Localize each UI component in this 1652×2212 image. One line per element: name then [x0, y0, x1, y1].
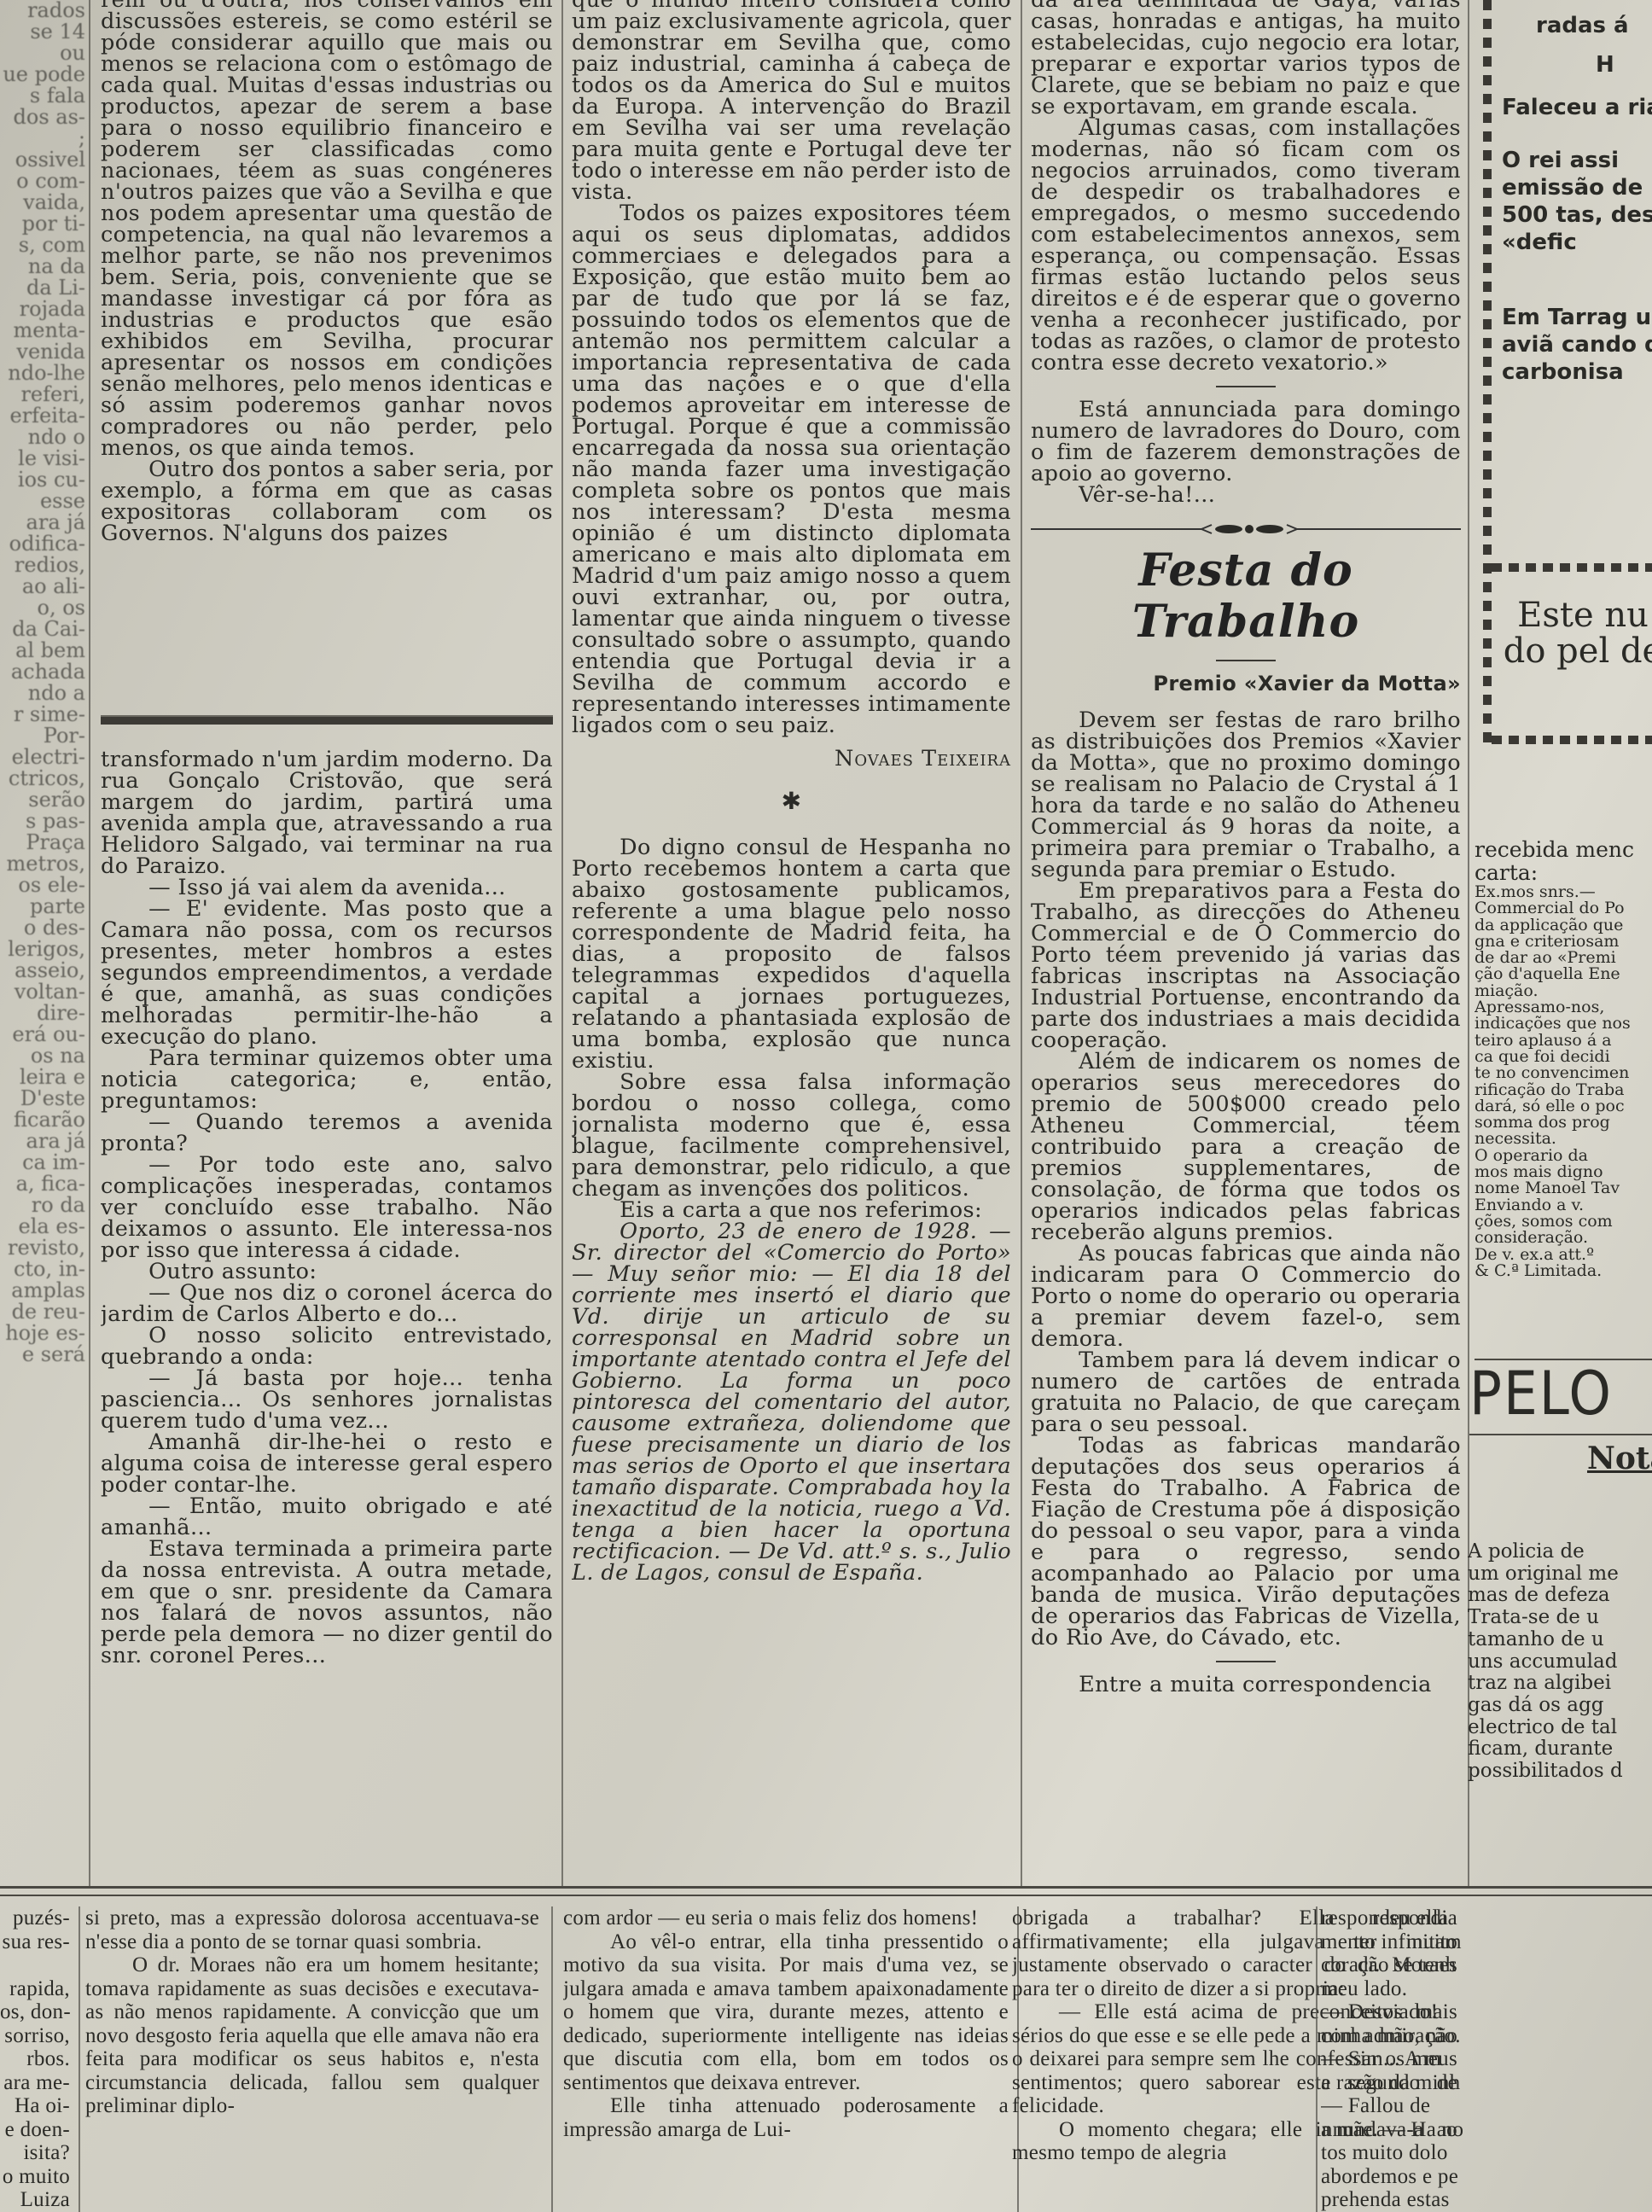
edge-fragment: o, os [0, 597, 85, 619]
page-divider [0, 1895, 1652, 1896]
nota-line: electrico de tal [1468, 1717, 1652, 1739]
paragraph: Amanhã dir-lhe-hei o resto e alguma cois… [101, 1432, 553, 1496]
serial-line: prehenda estas [1321, 2188, 1652, 2212]
serial-edge-fragment: e doen- [0, 2118, 70, 2142]
paragraph: Para terminar quizemos obter uma noticia… [101, 1048, 553, 1112]
edge-fragment: cto, in- [0, 1259, 85, 1280]
nota-line: gas dá os agg [1468, 1695, 1652, 1717]
edge-fragment: ios cu- [0, 469, 85, 491]
paragraph: O dr. Moraes não era um homem hesitante;… [85, 1953, 539, 2118]
letter-line: & C.ª Limitada. [1475, 1263, 1652, 1279]
nota-line: tamanho de u [1468, 1629, 1652, 1651]
paragraph: Todos os paizes expositores téem aqui os… [572, 203, 1011, 736]
serial-line: com admiração. [1321, 2024, 1652, 2048]
edge-fragment: o des- [0, 917, 85, 939]
edge-fragment: vaida, [0, 192, 85, 213]
section-divider [1469, 1434, 1652, 1435]
column-rule [1316, 1906, 1318, 2212]
nota-line: traz na algibei [1468, 1673, 1652, 1695]
edge-fragment: redios, [0, 555, 85, 576]
paragraph: Do digno consul de Hespanha no Porto rec… [572, 837, 1011, 1072]
news-heading-h: H [1502, 51, 1652, 79]
edge-fragment: D'este [0, 1088, 85, 1109]
edge-fragment: ; [0, 128, 85, 149]
banner-este-numero: Este nu do pel de [1502, 597, 1652, 725]
paragraph: — Que nos diz o coronel ácerca do jardim… [101, 1283, 553, 1325]
paragraph: Todas as fabricas mandarão deputações do… [1031, 1435, 1461, 1649]
edge-fragment: referi, [0, 384, 85, 405]
paragraph: transformado n'um jardim moderno. Da rua… [101, 749, 553, 877]
paragraph: — Já basta por hoje... tenha pasciencia.… [101, 1368, 553, 1432]
serial-edge-fragment: sua res- [0, 1930, 70, 1954]
edge-fragment: ossivel [0, 149, 85, 171]
paragraph: Elle tinha attenuado poderosamente a imp… [563, 2094, 1009, 2141]
paragraph: Vêr-se-ha!... [1031, 485, 1461, 506]
paragraph: As poucas fabricas que ainda não indicar… [1031, 1243, 1461, 1350]
paragraph: O nosso solicito entrevistado, quebrando… [101, 1325, 553, 1368]
edge-fragment: da Li- [0, 277, 85, 299]
edge-fragment: ca im- [0, 1152, 85, 1173]
column-2-article: que o mundo inteiro considera como um pa… [572, 0, 1011, 1867]
paragraph: Além de indicarem os nomes de operarios … [1031, 1051, 1461, 1243]
edge-fragment: o com- [0, 171, 85, 192]
edge-fragment: leira e [0, 1067, 85, 1088]
edge-fragment: ara já [0, 512, 85, 533]
edge-fragment: Praça [0, 832, 85, 853]
edge-fragment: ficarão [0, 1109, 85, 1131]
edge-fragment: rados [0, 0, 85, 21]
serial-edge-fragment: puzés- [0, 1906, 70, 1930]
news-item-rei: O rei assi emissão de 500 tas, des o «de… [1502, 147, 1652, 256]
edge-fragment: odifica- [0, 533, 85, 555]
paragraph: si preto, mas a expressão dolorosa accen… [85, 1906, 539, 1953]
short-divider [1216, 386, 1276, 387]
edge-fragment: e será [0, 1344, 85, 1365]
letter-line: necessita. [1475, 1131, 1652, 1147]
edge-fragment: venida [0, 341, 85, 363]
edge-fragment: ctricos, [0, 768, 85, 789]
paragraph: Algumas casas, com installações modernas… [1031, 118, 1461, 374]
edge-fragment: por ti- [0, 213, 85, 235]
edge-fragment: menta- [0, 320, 85, 341]
serial-column-1: si preto, mas a expressão dolorosa accen… [85, 1906, 539, 2212]
left-edge-column: radosse 14 ouue podes falados as-;ossive… [0, 0, 85, 1886]
serial-edge-fragment: rbos. [0, 2047, 70, 2071]
edge-fragment: a, fica- [0, 1173, 85, 1195]
column-1-interview-article: transformado n'um jardim moderno. Da rua… [101, 749, 553, 1884]
nota-line: um original me [1468, 1563, 1652, 1586]
nota-line: ficam, durante [1468, 1738, 1652, 1761]
edge-fragment: hoje es- [0, 1323, 85, 1344]
letter-line: indicações que nos [1475, 1016, 1652, 1032]
edge-fragment: parte [0, 896, 85, 917]
nota-line: mas de defeza [1468, 1585, 1652, 1607]
serial-edge-fragment: Luiza [0, 2188, 70, 2212]
serial-left-edge: puzés-sua res- rapida,os, don-sorriso,rb… [0, 1906, 70, 2212]
author-signature: Novaes Teixeira [572, 748, 1011, 770]
edge-fragment: serão [0, 789, 85, 811]
edge-fragment: erfeita- [0, 405, 85, 427]
column-rule [1021, 0, 1022, 1886]
edge-fragment: metros, [0, 853, 85, 875]
edge-fragment: achada [0, 661, 85, 683]
nota-heading: Nota [1587, 1441, 1652, 1483]
short-divider [1216, 1661, 1276, 1662]
edge-fragment: dire- [0, 1003, 85, 1024]
paragraph: Devem ser festas de raro brilho as distr… [1031, 710, 1461, 881]
edge-fragment: revisto, [0, 1237, 85, 1259]
festa-do-trabalho-headline: Festa do Trabalho [1031, 545, 1461, 648]
edge-fragment: al bem [0, 640, 85, 661]
nota-line: A policia de [1468, 1541, 1652, 1563]
edge-fragment: na da [0, 256, 85, 277]
serial-line: coração se tenh [1321, 1953, 1652, 1977]
section-divider [1475, 1359, 1652, 1360]
edge-fragment: voltan- [0, 981, 85, 1003]
paragraph: Outro dos pontos a saber seria, por exem… [101, 459, 553, 544]
serial-edge-fragment: ara me- [0, 2071, 70, 2095]
column-rule [79, 1906, 80, 2212]
paragraph: — Então, muito obrigado e até amanhã... [101, 1496, 553, 1539]
paragraph: Estava terminada a primeira parte da nos… [101, 1539, 553, 1667]
edge-fragment: da Cai- [0, 619, 85, 640]
edge-fragment: ao ali- [0, 576, 85, 597]
paragraph: Ao vêl-o entrar, ella tinha pressentido … [563, 1930, 1009, 2095]
serial-line: respondeu ella [1321, 1906, 1652, 1930]
zigzag-border [1492, 736, 1652, 744]
letter-line: da applicação que [1475, 917, 1652, 934]
edge-fragment: ela es- [0, 1216, 85, 1237]
serial-line: meu lado. [1321, 1977, 1652, 2001]
serial-edge-fragment: Ha oi- [0, 2094, 70, 2118]
fleuron-divider-icon [1031, 518, 1461, 540]
edge-fragment: ro da [0, 1195, 85, 1216]
zigzag-border [1492, 563, 1652, 572]
column-1-top-article: rem ou d'outra, nos conservamos em discu… [101, 0, 553, 672]
edge-fragment: ndo-lhe [0, 363, 85, 384]
serial-column-2: com ardor — eu seria o mais feliz dos ho… [563, 1906, 1009, 2212]
serial-line: a razão da minh [1321, 2071, 1652, 2095]
serial-line: a mãe. — Ha no [1321, 2118, 1652, 2142]
paragraph: rem ou d'outra, nos conservamos em discu… [101, 0, 553, 459]
page-divider [0, 1886, 1652, 1889]
edge-fragment: r sime- [0, 704, 85, 725]
edge-fragment: dos as- [0, 107, 85, 128]
consul-letter: Oporto, 23 de enero de 1928. — Sr. direc… [572, 1221, 1011, 1584]
paragraph: Em preparativos para a Festa do Trabalho… [1031, 881, 1461, 1051]
serial-edge-fragment: rapida, [0, 1977, 70, 2001]
paragraph: — E' evidente. Mas posto que a Camara nã… [101, 899, 553, 1048]
letter-line: nome Manoel Tav [1475, 1180, 1652, 1196]
letter-intro: recebida menc carta: [1475, 838, 1637, 884]
news-fragment: radas á [1502, 12, 1652, 39]
serial-line: tos muito dolo [1321, 2141, 1652, 2165]
edge-fragment: os na [0, 1045, 85, 1067]
serial-column-4: respondeu ellamento infinitamcoração se … [1321, 1906, 1652, 2212]
edge-fragment: le visi- [0, 448, 85, 469]
column-4-nota: A policia deum original memas de defezaT… [1468, 1541, 1652, 1883]
serial-line: — Fallou de [1321, 2094, 1652, 2118]
paragraph: com ardor — eu seria o mais feliz dos ho… [563, 1906, 1009, 1930]
edge-fragment: asseio, [0, 960, 85, 981]
edge-fragment: ndo a [0, 683, 85, 704]
serial-edge-fragment: sorriso, [0, 2024, 70, 2048]
edge-fragment: s fala [0, 85, 85, 107]
column-rule [89, 0, 90, 1886]
paragraph: — Por todo este ano, salvo complicações … [101, 1155, 553, 1261]
edge-fragment: rojada [0, 299, 85, 320]
edge-fragment: se 14 ou [0, 21, 85, 64]
edge-fragment: Por- [0, 725, 85, 747]
pelo-mundo-heading: PELO M [1469, 1362, 1652, 1430]
paragraph: Sobre essa falsa informação bordou o nos… [572, 1072, 1011, 1200]
edge-fragment: amplas [0, 1280, 85, 1301]
column-rule [561, 0, 563, 1886]
section-divider [101, 715, 553, 725]
letter-line: te no convencimen [1475, 1065, 1652, 1081]
news-item-faleceu: Faleceu a ria [1502, 94, 1652, 121]
premio-subheading: Premio «Xavier da Motta» [1031, 673, 1461, 695]
nota-line: possibilitados d [1468, 1761, 1652, 1783]
edge-fragment: esse [0, 491, 85, 512]
edge-fragment: electri- [0, 747, 85, 768]
serial-edge-fragment: o muito [0, 2165, 70, 2189]
serial-edge-fragment: os, don- [0, 2000, 70, 2024]
nota-line: uns accumulad [1468, 1651, 1652, 1674]
letter-line: consideração. [1475, 1230, 1652, 1246]
edge-fragment: lerigos, [0, 939, 85, 960]
serial-line: mento infinitam [1321, 1930, 1652, 1954]
edge-fragment: ara já [0, 1131, 85, 1152]
letter-line: rificação do Traba [1475, 1082, 1652, 1098]
edge-fragment: ue pode [0, 64, 85, 85]
edge-fragment: s pas- [0, 811, 85, 832]
edge-fragment: de reu- [0, 1301, 85, 1323]
paragraph: da área delimitada de Gaya, varias casas… [1031, 0, 1461, 118]
asterisk-ornament-icon: ✱ [572, 790, 1011, 812]
news-item-tarragona: Em Tarrag um aviã cando d carbonisa [1502, 304, 1652, 386]
column-3-article: da área delimitada de Gaya, varias casas… [1031, 0, 1461, 1867]
serial-line: — Sim... A m [1321, 2047, 1652, 2071]
serial-edge-fragment: isita? [0, 2141, 70, 2165]
edge-fragment: ndo o [0, 427, 85, 448]
letter-line: Commercial do Po [1475, 900, 1652, 917]
paragraph: Está annunciada para domingo numero de l… [1031, 399, 1461, 485]
column-rule [551, 1906, 553, 2212]
edge-fragment: erá ou- [0, 1024, 85, 1045]
serial-line: — Desviado! [1321, 2000, 1652, 2024]
short-divider [1216, 660, 1276, 661]
edge-fragment: s, com [0, 235, 85, 256]
edge-fragment: os ele- [0, 875, 85, 896]
serial-line: abordemos e pe [1321, 2165, 1652, 2189]
closing-line: Entre a muita correspondencia [1031, 1674, 1461, 1696]
serial-edge-fragment [0, 1953, 70, 1977]
paragraph: que o mundo inteiro considera como um pa… [572, 0, 1011, 203]
paragraph: Tambem para lá devem indicar o numero de… [1031, 1350, 1461, 1435]
nota-line: Trata-se de u [1468, 1607, 1652, 1629]
column-4-letter: recebida menc carta: Ex.mos snrs.—Commer… [1475, 838, 1652, 1290]
letter-line: ção d'aquella Ene [1475, 966, 1652, 982]
letter-line: De v. ex.a att.º [1475, 1247, 1652, 1263]
paragraph: — Quando teremos a avenida pronta? [101, 1112, 553, 1155]
zigzag-border [1483, 0, 1492, 742]
